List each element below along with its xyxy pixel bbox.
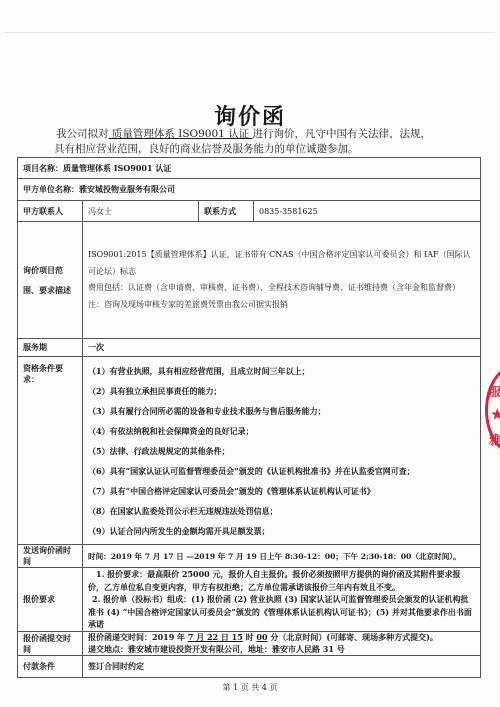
intro-paragraph: 我公司拟对 质量管理体系 ISO9001 认证 进行询价，凡守中国有关法律、法规…	[56, 127, 476, 157]
party-a-name-cell: 甲方单位名称：雅安城投物业服务有限公司	[18, 179, 481, 201]
quote-label: 报价要求	[18, 568, 83, 632]
payment-value: 签订合同时约定	[83, 656, 481, 678]
seal-char: 服	[489, 383, 500, 400]
intro-line2: 具有相应营业范围，良好的商业信誉及服务能力的单位诚邀参加。	[54, 142, 476, 157]
inquiry-form-table: 项目名称：质量管理体系 ISO9001 认证 甲方单位名称：雅安城投物业服务有限…	[17, 157, 481, 678]
qualification-item: （5）法律、行政法规规定的其他条件；	[88, 441, 475, 461]
qualification-item: （4）有依法纳税和社会保障资金的良好记录；	[88, 421, 475, 441]
scope-line: 费用包括：认证费（含申请费、审核费、证书费）、全程技术咨询辅导费、证书维持费（含…	[88, 280, 475, 297]
qualifications-cell: （1）有营业执照，具有相应经营范围，且成立时间三年以上； （2）具有独立承担民事…	[83, 357, 481, 545]
intro-project: 质量管理体系 ISO9001 认证	[109, 128, 253, 140]
seal-star-icon: ★	[491, 407, 500, 423]
submit-location: 递交地点：雅安城市建设投资开发有限公司，地址：雅安市人民路 31 号	[88, 644, 475, 656]
submit-cell: 报价函递交时间：2019 年 7 月 22 日 15 时 00 分（北京时间）(…	[83, 632, 481, 656]
submit-suffix: 分（北京时间）(可邮寄、现场多种方式提交)。	[268, 632, 438, 642]
phone-label: 联系方式	[199, 201, 254, 222]
qualification-item: （2）具有独立承担民事责任的能力；	[88, 381, 475, 401]
scope-line: 注：咨询及现场审核专家的差旅费凭票由我公司据实报销	[88, 297, 475, 314]
intro-prefix: 我公司拟对	[56, 128, 109, 140]
scope-label: 询价项目范围、要求描述	[18, 222, 83, 339]
intro-suffix: 进行询价，凡守中国有关法律、法规，	[253, 128, 432, 140]
submit-minute: 00	[256, 632, 267, 642]
scope-line: ISO9001:2015【质量管理体系】认证，证书带有 CNAS（中国合格评定国…	[88, 247, 475, 280]
contact-label: 甲方联系人	[18, 201, 83, 222]
qualifications-label: 资格条件要求：	[18, 357, 83, 545]
contact-value: 冯女士	[83, 201, 199, 222]
send-time-label: 发送询价函时间	[18, 545, 83, 568]
scope-cell: ISO9001:2015【质量管理体系】认证，证书带有 CNAS（中国合格评定国…	[83, 222, 481, 339]
project-name-cell: 项目名称：质量管理体系 ISO9001 认证	[18, 158, 481, 179]
qualification-item: （3）具有履行合同所必需的设备和专业技术服务与售后服务能力；	[88, 401, 475, 421]
service-period-value: 一次	[83, 339, 481, 357]
quote-cell: 1. 报价要求：最高限价 25000 元，报价人自主报价。报价必须按照甲方提供的…	[83, 568, 481, 632]
phone-value: 0835-3581625	[254, 201, 481, 222]
scan-artifact-line	[5, 32, 495, 33]
company-seal-stamp: 服 ★ 雅	[485, 365, 500, 455]
send-time-value: 时间：2019 年 7 月 17 日 —2019 年 7 月 19 日上午 8:…	[83, 545, 481, 568]
qualification-item: （8）在国家认监委处罚公示栏无违规违法处罚信息；	[88, 501, 475, 521]
page-footer: 第 1 页 共 4 页	[0, 682, 500, 693]
qualification-item: （9）认证合同内所发生的金额均需开具足额发票；	[88, 521, 475, 541]
payment-label: 付款条件	[18, 656, 83, 678]
submit-mid: 时	[243, 632, 257, 642]
submit-label: 报价函提交时间	[18, 632, 83, 656]
quote-line: 1. 报价要求：最高限价 25000 元，报价人自主报价。报价必须按照甲方提供的…	[88, 568, 475, 593]
service-period-label: 服务期	[18, 339, 83, 357]
qualification-item: （7）具有“中国合格评定国家认可委员会”颁发的《管理体系认证机构认可证书》	[88, 481, 475, 501]
seal-char: 雅	[489, 431, 500, 448]
qualification-item: （1）有营业执照，具有相应经营范围，且成立时间三年以上；	[88, 361, 475, 381]
qualification-item: （6）具有“国家认证认可监督管理委员会”颁发的《认证机构批准书》并在认监委官网可…	[88, 461, 475, 481]
submit-prefix: 报价函递交时间：2019 年	[88, 632, 188, 642]
submit-date: 7 月 22 日 15	[188, 632, 243, 642]
quote-line: 2. 报价单（投标书）组成：(1) 报价函 (2) 营业执照 (3) 国家认证认…	[88, 593, 475, 631]
